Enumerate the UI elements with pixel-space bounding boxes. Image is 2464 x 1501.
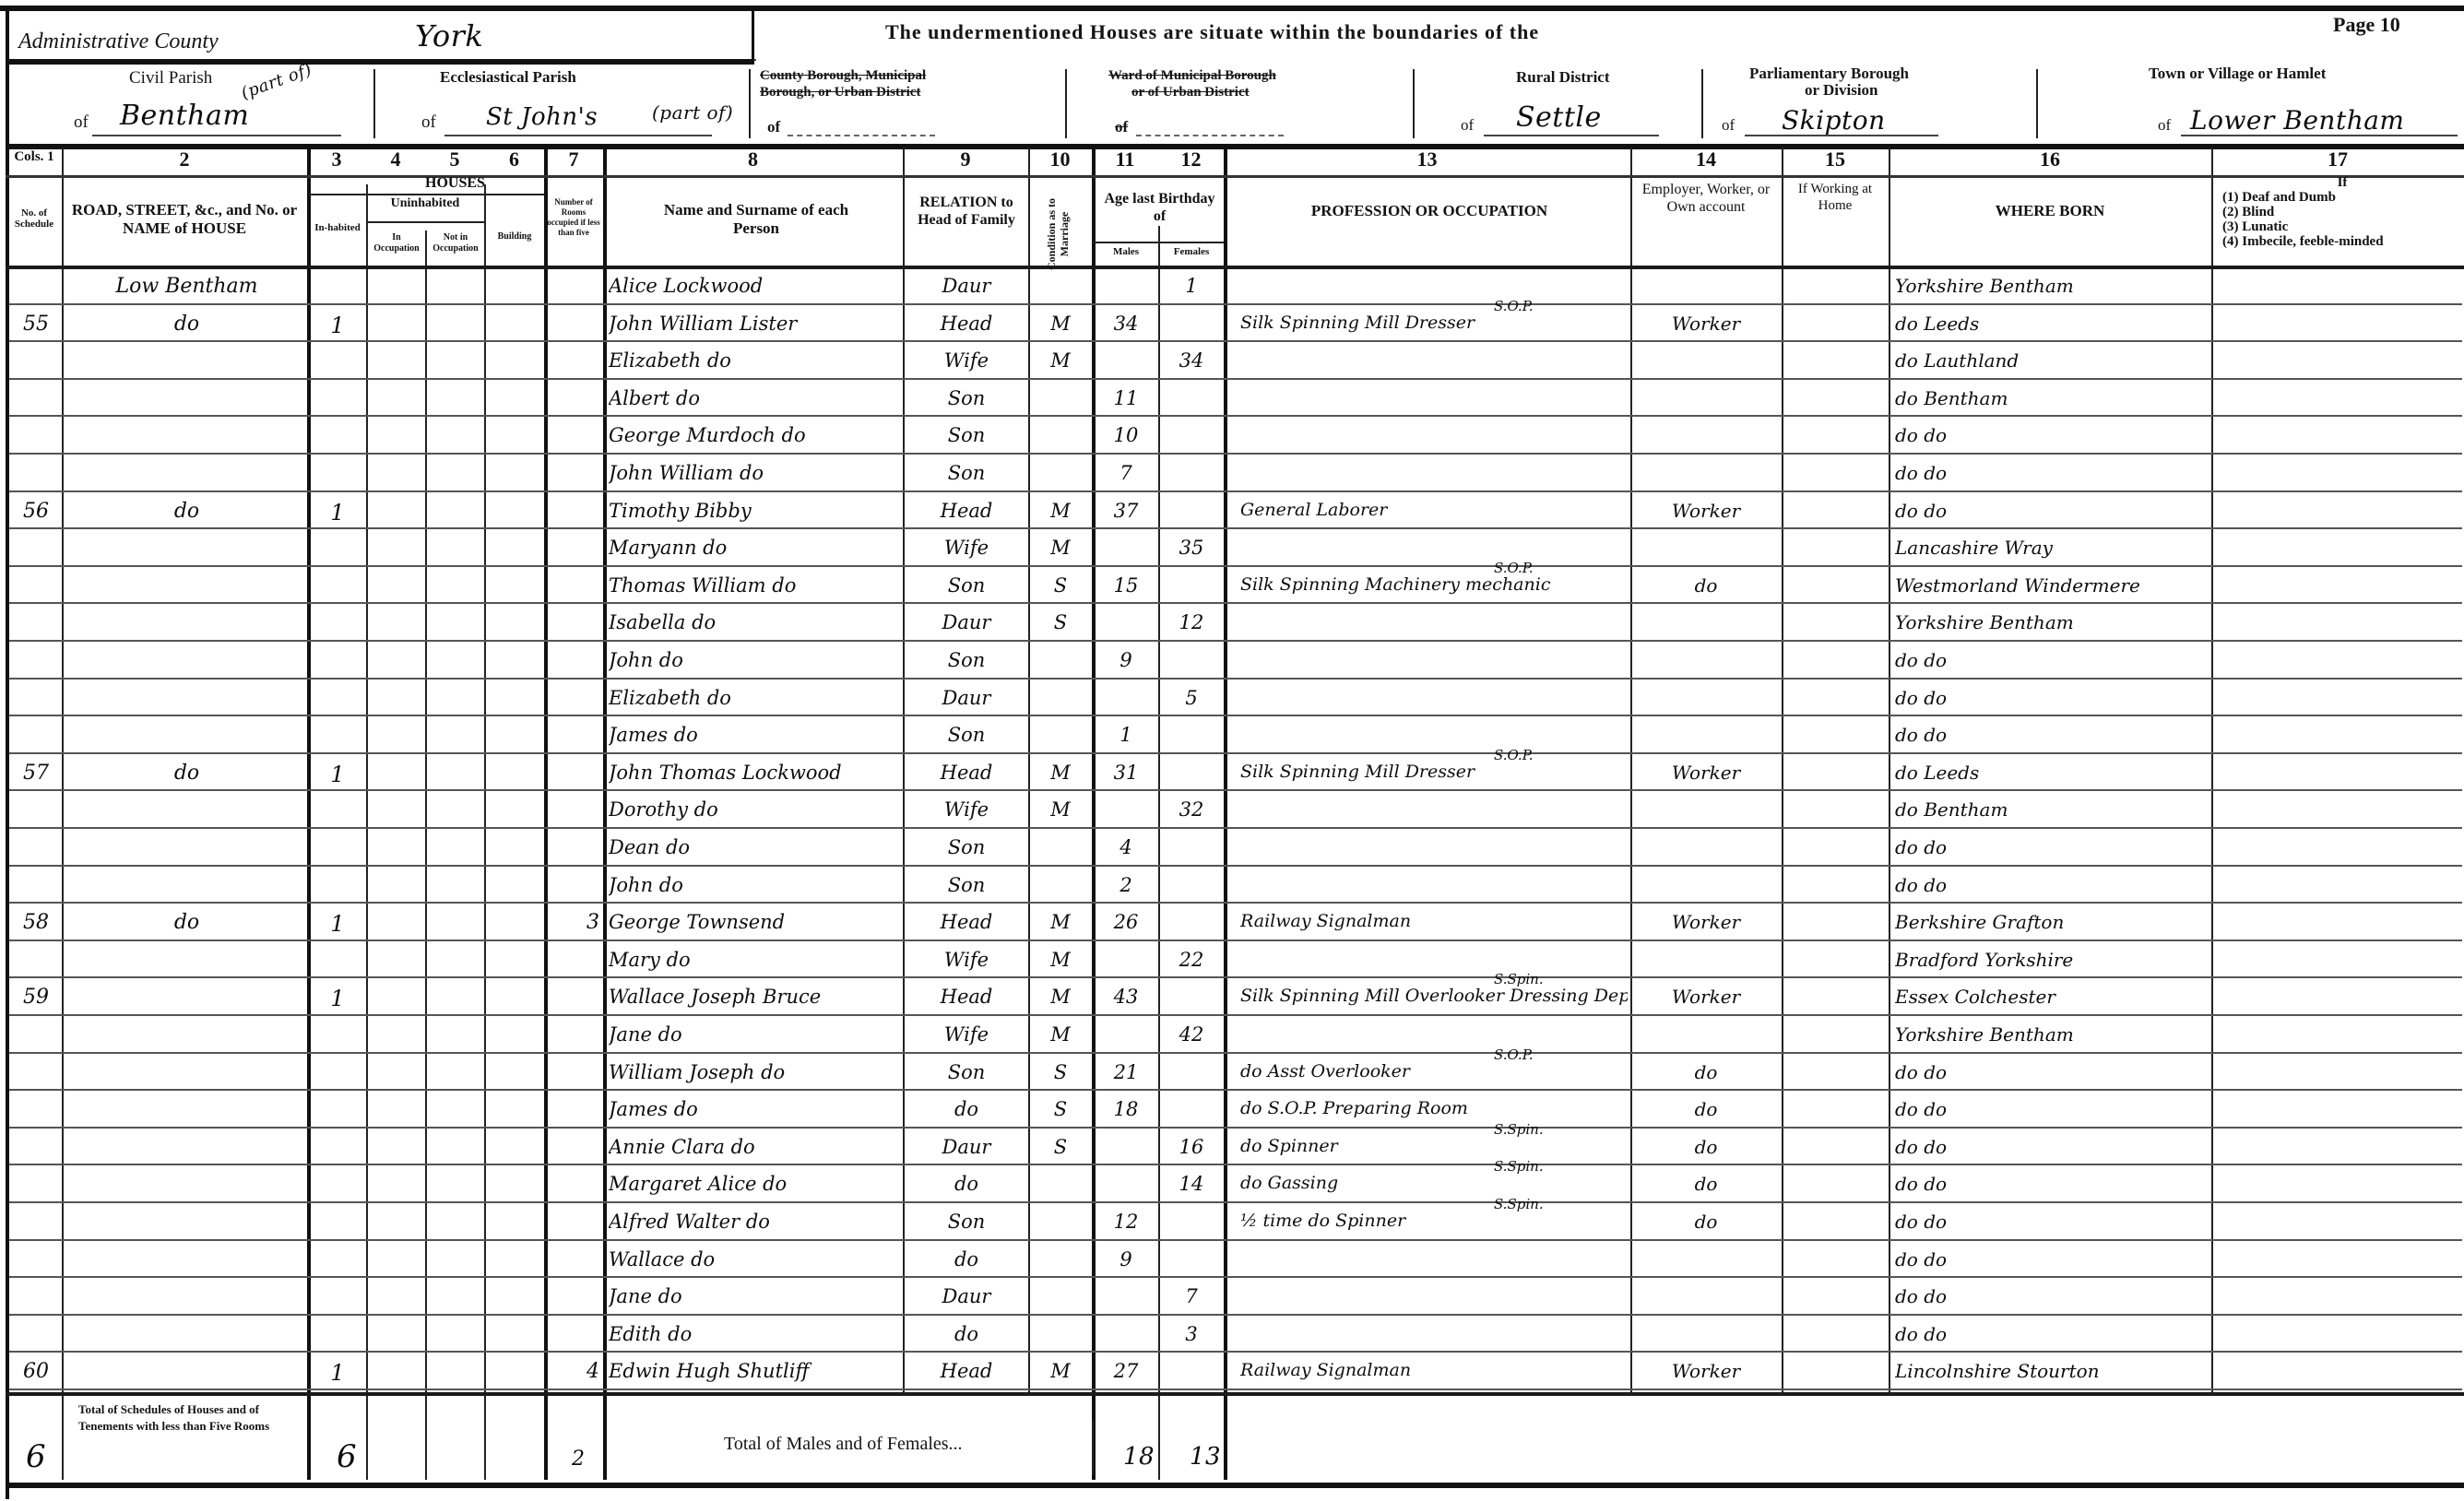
col-number: Cols. 1: [7, 149, 61, 165]
table-row: Thomas William doSonS15Silk Spinning Mac…: [0, 569, 2464, 607]
table-row: George Murdoch doSon10do do: [0, 419, 2464, 456]
cell-relation: Head: [907, 313, 1025, 335]
admin-county-label: Administrative County: [18, 30, 219, 54]
cell-male-age: 27: [1096, 1360, 1156, 1382]
parl-borough-of: of: [1722, 116, 1735, 135]
cell-name: Maryann do: [609, 537, 902, 559]
col-number: 7: [544, 148, 603, 171]
table-row: Dorothy doWifeM32do Bentham: [0, 793, 2464, 831]
cell-condition: M: [1031, 313, 1090, 335]
parl-borough-label: Parliamentary Borough: [1749, 65, 1909, 83]
table-row: Dean doSon4do do: [0, 831, 2464, 869]
total-inhabited: 6: [337, 1438, 357, 1475]
cell-condition: M: [1031, 986, 1090, 1008]
table-row: Mary doWifeM22Bradford Yorkshire: [0, 943, 2464, 981]
col-number: 10: [1028, 148, 1092, 171]
cell-condition: S: [1031, 1061, 1090, 1083]
infirmity-3: (3) Lunatic: [2222, 219, 2462, 234]
table-row: John doSon9do do: [0, 644, 2464, 681]
cell-female-age: 14: [1162, 1173, 1221, 1195]
page-number: Page 10: [2333, 13, 2400, 37]
cell-male-age: 43: [1096, 986, 1156, 1008]
col-number: 2: [62, 148, 307, 171]
cell-relation: do: [907, 1323, 1025, 1345]
cell-condition: S: [1031, 1098, 1090, 1120]
row-rule: [9, 1052, 2462, 1054]
total-males: 18: [1123, 1443, 1155, 1471]
cell-relation: Daur: [907, 1136, 1025, 1158]
header-uninhabited: Uninhabited: [368, 197, 482, 210]
cell-where-born: Bradford Yorkshire: [1895, 949, 2209, 971]
cell-occupation: Railway Signalman: [1240, 911, 1628, 931]
total-schedules-label: Total of Schedules of Houses and of Tene…: [78, 1401, 300, 1435]
row-rule: [9, 1314, 2462, 1316]
cell-employer: Worker: [1634, 911, 1778, 933]
header-infirmity: If (1) Deaf and Dumb (2) Blind (3) Lunat…: [2222, 175, 2462, 249]
civil-parish-cell: Civil Parish of Bentham (part of): [9, 65, 373, 140]
cell-where-born: do Bentham: [1895, 798, 2209, 821]
cell-where-born: Yorkshire Bentham: [1895, 1023, 2209, 1046]
cell-male-age: 37: [1096, 500, 1156, 522]
cell-occupation: General Laborer: [1240, 500, 1628, 520]
table-row: 6014Edwin Hugh ShutliffHeadM27Railway Si…: [0, 1354, 2464, 1392]
cell-employer: do: [1634, 1061, 1778, 1083]
table-row: Alfred Walter doSon12½ time do Spinnerdo…: [0, 1205, 2464, 1243]
parl-borough-underline: [1745, 135, 1938, 136]
cell-name: Isabella do: [609, 611, 902, 633]
cell-male-age: 21: [1096, 1061, 1156, 1083]
col-number: 4: [366, 148, 425, 171]
cell-male-age: 9: [1096, 1248, 1156, 1271]
header-relation: RELATION to Head of Family: [908, 194, 1025, 229]
cell-male-age: 9: [1096, 649, 1156, 671]
header-where-born: WHERE BORN: [1889, 205, 2211, 218]
cell-road: Low Bentham: [69, 275, 304, 298]
infirmity-1: (1) Deaf and Dumb: [2222, 190, 2462, 205]
civil-parish-label: Civil Parish: [129, 68, 212, 89]
table-row: James dodoS18do S.O.P. Preparing Roomdod…: [0, 1093, 2464, 1130]
cell-occupation: do Asst Overlooker: [1240, 1061, 1628, 1081]
cell-occupation: do Gassing: [1240, 1173, 1628, 1193]
cell-name: Jane do: [609, 1285, 902, 1307]
cell-condition: M: [1031, 500, 1090, 522]
cell-relation: do: [907, 1173, 1025, 1195]
county-borough-label-2: Borough, or Urban District: [760, 85, 920, 100]
cell-where-born: do Lauthland: [1895, 349, 2209, 372]
cell-condition: M: [1031, 349, 1090, 372]
cell-employer: do: [1634, 1211, 1778, 1233]
total-rooms: 2: [572, 1448, 586, 1471]
row-rule: [9, 602, 2462, 604]
occupation-note: S.Spin.: [1494, 1158, 1544, 1175]
cell-where-born: Westmorland Windermere: [1895, 574, 2209, 597]
cell-where-born: do do: [1895, 500, 2209, 522]
cell-name: Thomas William do: [609, 574, 902, 597]
cell-condition: M: [1031, 949, 1090, 971]
row-rule: [9, 752, 2462, 754]
col-number: 3: [307, 148, 366, 171]
row-rule: [9, 1014, 2462, 1016]
county-borough-cell: County Borough, Municipal Borough, or Ur…: [751, 65, 1064, 140]
cell-road: do: [69, 313, 304, 336]
cell-name: Dorothy do: [609, 798, 902, 821]
col-number: 16: [1889, 148, 2211, 171]
header-schedule: No. of Schedule: [7, 207, 61, 230]
row-rule: [9, 453, 2462, 455]
col-number: 12: [1158, 148, 1224, 171]
ward-of: of: [1115, 118, 1128, 136]
admin-county: Administrative County York: [18, 18, 756, 65]
table-row: Albert doSon11do Bentham: [0, 382, 2464, 420]
row-rule: [9, 415, 2462, 417]
row-rule: [9, 527, 2462, 529]
cell-name: Wallace do: [609, 1248, 902, 1271]
cell-male-age: 2: [1096, 874, 1156, 896]
cell-schedule: 57: [11, 762, 61, 785]
table-row: Jane doDaur7do do: [0, 1280, 2464, 1318]
cell-where-born: Lincolnshire Stourton: [1895, 1360, 2209, 1382]
parl-borough-cell: Parliamentary Borough or Division of Ski…: [1703, 65, 1998, 140]
cell-female-age: 22: [1162, 949, 1221, 971]
cell-female-age: 42: [1162, 1023, 1221, 1046]
header-males: Males: [1094, 245, 1158, 258]
cell-where-born: do do: [1895, 836, 2209, 858]
cell-where-born: do do: [1895, 462, 2209, 484]
cell-female-age: 5: [1162, 687, 1221, 709]
header-not-in-occupation: Not in Occupation: [429, 232, 482, 254]
table-row: Margaret Alice dodo14do Gassingdodo doS.…: [0, 1167, 2464, 1205]
table-row: Low BenthamAlice LockwoodDaur1Yorkshire …: [0, 269, 2464, 307]
totals-top-rule: [6, 1392, 2464, 1396]
cell-inhabited: 1: [311, 911, 364, 937]
col-number: 6: [484, 148, 544, 171]
cell-occupation: Silk Spinning Machinery mechanic: [1240, 574, 1628, 595]
header-road: ROAD, STREET, &c., and No. or NAME of HO…: [69, 201, 300, 238]
cell-name: John do: [609, 874, 902, 896]
cell-male-age: 11: [1096, 387, 1156, 409]
cell-male-age: 12: [1096, 1211, 1156, 1233]
header-rooms: Number of Rooms occupied if less than fi…: [547, 197, 600, 238]
cell-name: Alice Lockwood: [609, 275, 902, 297]
town-cell: Town or Village or Hamlet of Lower Benth…: [2038, 65, 2464, 140]
col-number: 14: [1630, 148, 1782, 171]
civil-parish-of: of: [74, 112, 89, 133]
total-females: 13: [1190, 1443, 1221, 1471]
cell-relation: Daur: [907, 1285, 1025, 1307]
cell-relation: Son: [907, 836, 1025, 858]
cell-inhabited: 1: [311, 762, 364, 787]
cell-female-age: 1: [1162, 275, 1221, 297]
cell-where-born: do do: [1895, 1211, 2209, 1233]
cell-where-born: do do: [1895, 724, 2209, 746]
cell-male-age: 4: [1096, 836, 1156, 858]
cell-relation: Wife: [907, 798, 1025, 821]
cell-condition: M: [1031, 798, 1090, 821]
cell-condition: S: [1031, 1136, 1090, 1158]
cell-rooms: 3: [548, 911, 599, 934]
table-row: 56do1Timothy BibbyHeadM37General Laborer…: [0, 494, 2464, 532]
cell-relation: Son: [907, 462, 1025, 484]
rural-district-cell: Rural District of Settle: [1415, 65, 1700, 140]
eccl-parish-label: Ecclesiastical Parish: [440, 68, 576, 87]
cell-where-born: do do: [1895, 1323, 2209, 1345]
cell-occupation: Railway Signalman: [1240, 1360, 1628, 1380]
ward-label: Ward of Municipal Borough: [1108, 68, 1276, 84]
cell-employer: do: [1634, 574, 1778, 597]
cell-name: Elizabeth do: [609, 687, 902, 709]
rural-district-label: Rural District: [1516, 68, 1610, 87]
col-number: 17: [2211, 148, 2464, 171]
parl-borough-value: Skipton: [1782, 105, 1886, 136]
header-employer: Employer, Worker, or Own account: [1634, 181, 1778, 216]
cell-employer: Worker: [1634, 762, 1778, 784]
row-rule: [9, 1164, 2462, 1165]
row-rule: [9, 490, 2462, 492]
cell-name: John Thomas Lockwood: [609, 762, 902, 784]
row-rule: [9, 865, 2462, 867]
admin-county-divider: [752, 9, 754, 65]
cell-where-born: Lancashire Wray: [1895, 537, 2209, 559]
row-rule: [9, 940, 2462, 941]
header-in-occupation: In Occupation: [370, 232, 423, 254]
cell-employer: do: [1634, 1136, 1778, 1158]
cell-where-born: Yorkshire Bentham: [1895, 275, 2209, 297]
row-rule: [9, 715, 2462, 716]
cell-relation: Son: [907, 649, 1025, 671]
cell-schedule: 56: [11, 500, 61, 523]
cell-where-born: do do: [1895, 1061, 2209, 1083]
table-row: Annie Clara doDaurS16do Spinnerdodo doS.…: [0, 1130, 2464, 1168]
cell-relation: Son: [907, 387, 1025, 409]
parl-borough-label-2: or Division: [1805, 81, 1878, 100]
cell-where-born: do do: [1895, 1098, 2209, 1120]
cell-road: do: [69, 500, 304, 523]
cell-employer: Worker: [1634, 500, 1778, 522]
cell-name: Timothy Bibby: [609, 500, 902, 522]
cell-where-born: do do: [1895, 1173, 2209, 1195]
cell-inhabited: 1: [311, 500, 364, 526]
infirmity-4: (4) Imbecile, feeble-minded: [2222, 234, 2462, 249]
cell-relation: Son: [907, 874, 1025, 896]
header-name: Name and Surname of each Person: [646, 201, 867, 238]
cell-name: Jane do: [609, 1023, 902, 1046]
cell-name: Margaret Alice do: [609, 1173, 902, 1195]
occupation-note: S.O.P.: [1494, 560, 1534, 576]
eccl-parish-cell: Ecclesiastical Parish of St John's (part…: [375, 65, 749, 140]
col-number: 9: [903, 148, 1028, 171]
totals-divider: [1092, 1420, 1094, 1475]
cell-female-age: 35: [1162, 537, 1221, 559]
houses-rule: [309, 194, 544, 195]
cell-name: Annie Clara do: [609, 1136, 902, 1158]
row-rule: [9, 303, 2462, 305]
page-bottom-rule: [6, 1483, 2464, 1488]
age-rule: [1094, 242, 1224, 243]
cell-male-age: 1: [1096, 724, 1156, 746]
cell-relation: Son: [907, 1211, 1025, 1233]
ward-cell: Ward of Municipal Borough or of Urban Di…: [1067, 65, 1413, 140]
cell-male-age: 7: [1096, 462, 1156, 484]
row-rule: [9, 678, 2462, 680]
cell-condition: M: [1031, 762, 1090, 784]
cell-relation: Daur: [907, 275, 1025, 297]
cell-male-age: 15: [1096, 574, 1156, 597]
civil-parish-note: (part of): [239, 60, 314, 103]
table-row: John William doSon7do do: [0, 456, 2464, 494]
cell-name: Wallace Joseph Bruce: [609, 986, 902, 1008]
cell-occupation: Silk Spinning Mill Overlooker Dressing D…: [1240, 986, 1628, 1006]
row-rule: [9, 1389, 2462, 1390]
row-rule: [9, 789, 2462, 791]
cell-where-born: Essex Colchester: [1895, 986, 2209, 1008]
occupation-note: S.O.P.: [1494, 747, 1534, 763]
cell-condition: M: [1031, 911, 1090, 933]
header-age: Age last Birthday of: [1102, 190, 1217, 225]
row-rule: [9, 902, 2462, 904]
cell-name: James do: [609, 724, 902, 746]
cell-relation: Head: [907, 500, 1025, 522]
cell-relation: Wife: [907, 1023, 1025, 1046]
cell-relation: Wife: [907, 349, 1025, 372]
table-row: John doSon2do do: [0, 869, 2464, 906]
row-rule: [9, 1239, 2462, 1241]
cell-relation: Son: [907, 574, 1025, 597]
table-row: Elizabeth doWifeM34do Lauthland: [0, 344, 2464, 382]
table-row: James doSon1do do: [0, 718, 2464, 756]
cell-female-age: 12: [1162, 611, 1221, 633]
cell-male-age: 10: [1096, 424, 1156, 446]
cell-relation: Son: [907, 724, 1025, 746]
cell-relation: do: [907, 1098, 1025, 1120]
cell-relation: Daur: [907, 611, 1025, 633]
row-rule: [9, 1276, 2462, 1278]
row-rule: [9, 976, 2462, 978]
town-of: of: [2158, 116, 2171, 135]
table-row: Wallace dodo9do do: [0, 1243, 2464, 1281]
total-persons-label: Total of Males and of Females...: [724, 1434, 963, 1455]
county-borough-label: County Borough, Municipal: [760, 68, 926, 84]
col-number: 5: [425, 148, 484, 171]
cell-name: George Townsend: [609, 911, 902, 933]
town-underline: [2181, 135, 2458, 136]
table-row: Maryann doWifeM35Lancashire Wray: [0, 531, 2464, 569]
cell-female-age: 16: [1162, 1136, 1221, 1158]
town-label: Town or Village or Hamlet: [2149, 65, 2326, 83]
col-number: 15: [1782, 148, 1889, 171]
cell-where-born: do do: [1895, 649, 2209, 671]
cell-condition: M: [1031, 537, 1090, 559]
cell-relation: Head: [907, 986, 1025, 1008]
cell-occupation: do S.O.P. Preparing Room: [1240, 1098, 1628, 1118]
occupation-note: S.Spin.: [1494, 1121, 1544, 1138]
cell-name: James do: [609, 1098, 902, 1120]
cell-inhabited: 1: [311, 313, 364, 338]
cell-employer: do: [1634, 1173, 1778, 1195]
header-females: Females: [1160, 245, 1223, 258]
town-value: Lower Bentham: [2190, 105, 2404, 136]
intro-text: The undermentioned Houses are situate wi…: [885, 20, 1539, 44]
eccl-parish-underline: [444, 135, 712, 136]
cell-relation: Son: [907, 1061, 1025, 1083]
ward-underline: [1136, 135, 1284, 136]
cell-male-age: 31: [1096, 762, 1156, 784]
table-row: 591Wallace Joseph BruceHeadM43Silk Spinn…: [0, 980, 2464, 1018]
table-row: Isabella doDaurS12Yorkshire Bentham: [0, 606, 2464, 644]
header-inhabited: In-habited: [311, 221, 364, 234]
cell-employer: do: [1634, 1098, 1778, 1120]
cell-inhabited: 1: [311, 1360, 364, 1386]
cell-rooms: 4: [548, 1360, 599, 1383]
ward-label-2: or of Urban District: [1131, 85, 1250, 100]
cell-where-born: do Leeds: [1895, 313, 2209, 335]
cell-relation: do: [907, 1248, 1025, 1271]
cell-relation: Daur: [907, 687, 1025, 709]
row-rule: [9, 827, 2462, 829]
cell-road: do: [69, 762, 304, 785]
occupation-note: S.Spin.: [1494, 1196, 1544, 1212]
header-houses: HOUSES: [366, 177, 544, 190]
row-rule: [9, 640, 2462, 642]
cell-name: John William do: [609, 462, 902, 484]
occupation-note: S.Spin.: [1494, 971, 1544, 987]
cell-male-age: 34: [1096, 313, 1156, 335]
rural-district-of: of: [1461, 116, 1474, 135]
header-occupation: PROFESSION OR OCCUPATION: [1236, 205, 1623, 218]
cell-name: Edith do: [609, 1323, 902, 1345]
col-number: 8: [603, 148, 903, 171]
cell-male-age: 18: [1096, 1098, 1156, 1120]
table-row: Elizabeth doDaur5do do: [0, 681, 2464, 719]
cell-relation: Wife: [907, 949, 1025, 971]
civil-parish-underline: [92, 135, 341, 136]
cell-female-age: 32: [1162, 798, 1221, 821]
cell-employer: Worker: [1634, 313, 1778, 335]
cell-relation: Head: [907, 911, 1025, 933]
row-rule: [9, 340, 2462, 342]
table-row: 55do1John William ListerHeadM34Silk Spin…: [0, 307, 2464, 345]
cell-condition: M: [1031, 1023, 1090, 1046]
cell-name: Edwin Hugh Shutliff: [609, 1360, 902, 1382]
cell-where-born: do do: [1895, 874, 2209, 896]
cell-female-age: 7: [1162, 1285, 1221, 1307]
cell-name: William Joseph do: [609, 1061, 902, 1083]
cell-where-born: do Leeds: [1895, 762, 2209, 784]
occupation-note: S.O.P.: [1494, 298, 1534, 314]
admin-county-value: York: [415, 18, 483, 53]
cell-relation: Head: [907, 762, 1025, 784]
top-border: [0, 6, 2464, 11]
cell-name: John William Lister: [609, 313, 902, 335]
eccl-parish-value: St John's: [486, 103, 598, 131]
header-at-home: If Working at Home: [1791, 181, 1879, 214]
cell-name: Albert do: [609, 387, 902, 409]
cell-schedule: 58: [11, 911, 61, 934]
cell-name: Elizabeth do: [609, 349, 902, 372]
cell-occupation: ½ time do Spinner: [1240, 1211, 1628, 1231]
infirmity-2: (2) Blind: [2222, 205, 2462, 219]
col-number: 11: [1092, 148, 1158, 171]
cell-condition: M: [1031, 1360, 1090, 1382]
cell-relation: Son: [907, 424, 1025, 446]
cell-name: Dean do: [609, 836, 902, 858]
cell-name: George Murdoch do: [609, 424, 902, 446]
cell-where-born: Yorkshire Bentham: [1895, 611, 2209, 633]
cell-relation: Head: [907, 1360, 1025, 1382]
cell-where-born: do do: [1895, 1285, 2209, 1307]
row-rule: [9, 378, 2462, 380]
cell-occupation: Silk Spinning Mill Dresser: [1240, 762, 1628, 782]
cell-inhabited: 1: [311, 986, 364, 1011]
